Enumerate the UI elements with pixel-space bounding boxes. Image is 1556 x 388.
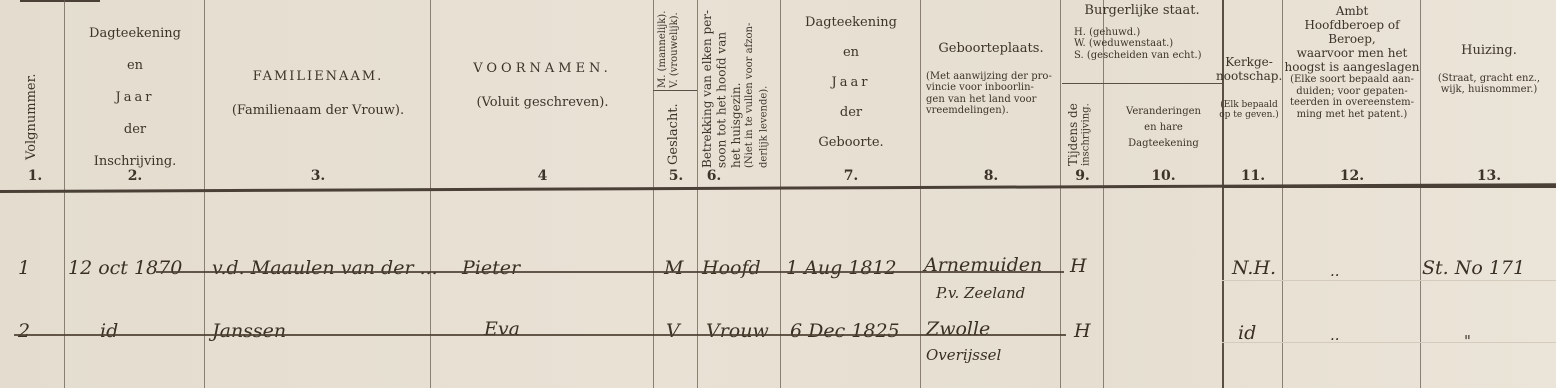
header-familienaam: FAMILIENAAM. (Familienaam der Vrouw). [206,60,430,128]
header-text: Veranderingen [1105,104,1222,120]
row1-kerkgenootschap: N.H. [1232,257,1276,279]
row2-geboorte: 6 Dec 1825 [790,320,900,342]
header-text: ming met het patent.) [1284,109,1420,121]
column-number-11: 11. [1224,168,1282,184]
header-voornamen: VOORNAMEN. (Voluit geschreven). [432,52,653,120]
column-number-13: 13. [1422,168,1556,184]
row-guide [1222,280,1556,281]
row2-geboorteplaats: Zwolle [926,318,990,340]
header-veranderingen: Veranderingen en hare Dagteekening [1105,104,1222,152]
header-text: (Familienaam der Vrouw). [206,94,430,128]
header-volgnummer: Volgnummer. [24,60,40,160]
column-number-9: 9. [1062,168,1103,184]
header-kerkgenootschap: Kerkge- nootschap. (Elk bepaald op te ge… [1216,56,1282,120]
header-geslacht: Geslacht. [666,95,682,165]
row1-huizing: St. No 171 [1422,257,1525,279]
column-divider [1060,0,1061,388]
header-text: teerden in overeenstem- [1284,97,1420,109]
header-text: Dagteekening [66,18,204,50]
header-text: der [782,98,920,128]
header-text: S. (gescheiden van echt.) [1062,50,1222,62]
header-text: nootschap. [1216,70,1282,84]
row2-voornamen: Eva [484,318,520,340]
header-text: Burgerlijke staat. [1062,4,1222,19]
header-text: Dagteekening [782,8,920,38]
row2-beroep: .. [1330,326,1340,344]
row2-inschrijving: id [100,320,118,342]
header-text: waarvoor men het [1284,46,1420,60]
header-geboorteplaats: Geboorteplaats. (Met aanwijzing der pro-… [922,42,1060,117]
top-border [20,0,100,2]
row1-voornamen: Pieter [462,257,520,279]
header-text: Huizing. [1422,44,1556,59]
row2-strikethrough [14,334,1066,336]
row2-familienaam: Janssen [212,320,286,342]
header-text: (Niet in te vullen voor afzon- [744,23,755,168]
header-text: Geboorteplaats. [922,42,1060,57]
column-number-7: 7. [782,168,920,184]
column-number-10: 10. [1105,168,1222,184]
row1-betrekking: Hoofd [702,257,761,279]
register-page: Volgnummer. 1. Dagteekening en Jaar der … [0,0,1556,388]
row1-geslacht: M [664,257,683,279]
column-divider [697,0,698,388]
row1-familienaam: v.d. Maaulen van der ... [212,257,438,279]
header-text: duiden; voor gepaten- [1284,86,1420,98]
header-text: H. (gehuwd.) [1062,27,1222,39]
header-text: en [66,50,204,82]
header-text: soon tot het hoofd van [714,32,728,168]
row-guide [1222,342,1556,343]
header-geslacht-legend: M. (mannelijk). V. (vrouwelijk). [657,2,681,88]
row1-strikethrough [156,271,1064,273]
row1-geboorte: 1 Aug 1812 [786,257,897,279]
header-text: Beroep, [1284,32,1420,46]
row2-geslacht: V [666,320,680,342]
header-text: M. (mannelijk). [657,11,668,88]
column-divider [204,0,205,388]
column-divider [1282,0,1283,388]
row1-volgnummer: 1 [18,257,30,279]
header-rule-right [1222,185,1556,188]
column-number-1: 1. [20,168,50,184]
header-text: Geboorte. [782,128,920,158]
header-text: en [782,38,920,68]
row1-staat-inschrijving: H [1070,255,1087,277]
header-text: VOORNAMEN. [432,52,653,86]
header-burgerlijke-staat: Burgerlijke staat. H. (gehuwd.) W. (wedu… [1062,4,1222,61]
header-text: gen van het land voor [922,94,1060,106]
header-geboorte: Dagteekening en Jaar der Geboorte. [782,8,920,158]
header-text: het huisgezin. [729,83,743,168]
header-betrekking: Betrekking van elken per- soon tot het h… [700,0,772,168]
header-text: derlijk levende). [759,86,770,168]
header-tijdens-inschrijving: Tijdens de inschrijving. [1066,88,1092,166]
header-text: vincie voor inboorlin- [922,82,1060,94]
header-text: en hare [1105,120,1222,136]
header-text: Kerkge- [1216,56,1282,70]
row1-geboorteplaats-provincie: P.v. Zeeland [936,284,1025,302]
header-huizing: Huizing. (Straat, gracht enz., wijk, hui… [1422,44,1556,96]
column-number-4: 4 [432,168,653,184]
row2-huizing: " [1464,332,1471,350]
column-divider [64,0,65,388]
row2-staat-inschrijving: H [1074,320,1091,342]
header-text: der [66,114,204,146]
column-number-2: 2. [66,168,204,184]
header-beroep: Ambt Hoofdberoep of Beroep, waarvoor men… [1284,4,1420,120]
header-text: Dagteekening [1105,136,1222,152]
header-text: Tijdens de [1066,103,1080,166]
header-text: FAMILIENAAM. [206,60,430,94]
header-text: (Met aanwijzing der pro- [922,71,1060,83]
header-text: (Elk bepaald [1216,100,1282,110]
row2-betrekking: Vrouw [706,320,769,342]
column-divider [653,0,654,388]
header-inschrijving: Dagteekening en Jaar der Inschrijving. [66,18,204,178]
header-text: op te geven.) [1216,110,1282,120]
header-text: inschrijving. [1080,103,1091,166]
header-text: vreemdelingen). [922,105,1060,117]
column-divider [430,0,431,388]
column-divider [780,0,781,388]
header-text: Hoofdberoep of [1284,18,1420,32]
column-number-8: 8. [922,168,1060,184]
column-number-12: 12. [1284,168,1420,184]
header-text: hoogst is aangeslagen [1284,60,1420,74]
column-number-6: 6. [699,168,729,184]
header-text: V. (vrouwelijk). [669,12,680,88]
header-text: (Straat, gracht enz., [1422,73,1556,85]
row2-geboorteplaats-provincie: Overijssel [926,346,1001,364]
header-text: Ambt [1284,4,1420,18]
row2-volgnummer: 2 [18,320,30,342]
header-text: Jaar [66,82,204,114]
row1-beroep: .. [1330,262,1340,280]
row2-kerkgenootschap: id [1238,322,1256,344]
row1-inschrijving: 12 oct 1870 [68,257,182,279]
header-text: Jaar [782,68,920,98]
column-divider [1420,0,1421,388]
burgerlijke-staat-subrule [1062,83,1222,84]
geslacht-subrule [653,90,697,91]
header-text: Betrekking van elken per- [700,10,714,168]
header-text: (Elke soort bepaald aan- [1284,74,1420,86]
column-number-3: 3. [206,168,430,184]
header-text: (Voluit geschreven). [432,86,653,120]
column-divider [920,0,921,388]
header-text: W. (weduwenstaat.) [1062,38,1222,50]
header-text: wijk, huisnommer.) [1422,84,1556,96]
column-number-5: 5. [655,168,697,184]
